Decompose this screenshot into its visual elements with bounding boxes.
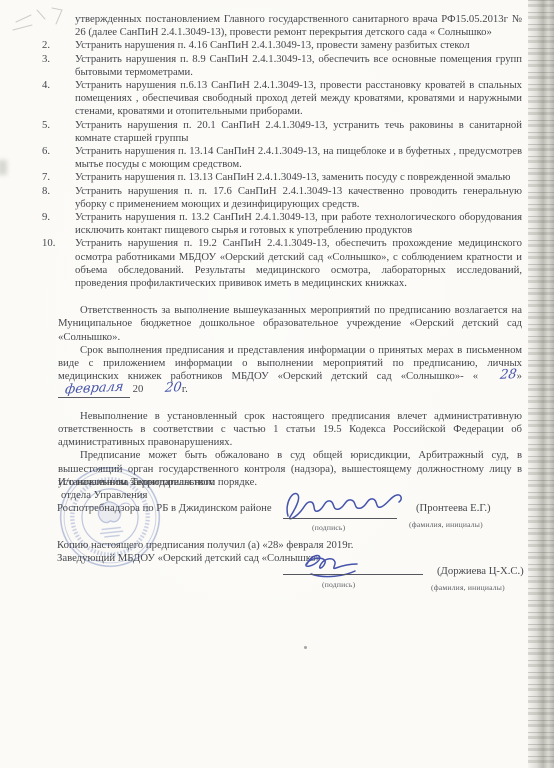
list-item-number: 7.	[40, 171, 75, 184]
list-item-number: 8.	[40, 185, 75, 211]
official-signature-caption: (подпись)	[312, 521, 345, 534]
paragraph-responsibility: Ответственность за выполнение вышеуказан…	[58, 304, 522, 344]
official-signature-line	[283, 518, 397, 519]
list-item-text: Устранить нарушения п.6.13 СанПиН 2.4.1.…	[75, 79, 522, 119]
scanned-document-page: утвержденных постановлением Главного гос…	[0, 0, 554, 768]
list-item-number: 6.	[40, 145, 75, 171]
list-item-text: Устранить нарушения п. 19.2 СанПиН 2.4.1…	[75, 237, 522, 290]
deadline-suffix: г.	[182, 383, 188, 395]
receipt-signature-line	[283, 574, 423, 575]
receipt-name-caption: (фамилия, инициалы)	[431, 581, 505, 594]
list-item: 9. Устранить нарушения п. 13.2 СанПиН 2.…	[40, 211, 522, 237]
handwritten-day: 28	[478, 375, 516, 377]
list-item: 8. Устранить нарушения п. п. 17.6 СанПиН…	[40, 185, 522, 211]
list-item-number: 9.	[40, 211, 75, 237]
list-item-number: 3.	[40, 53, 75, 79]
intro-continuation: утвержденных постановлением Главного гос…	[75, 13, 522, 39]
deadline-year-printed: 20	[130, 383, 143, 395]
handwritten-year: 20	[143, 388, 181, 390]
scan-edge-stripe	[528, 0, 554, 768]
receipt-line2: Заведующий МБДОУ «Оерский детский сад «С…	[57, 552, 321, 565]
list-item-text: Устранить нарушения п. 4.16 СанПиН 2.4.1…	[75, 39, 522, 52]
list-item-number: 2.	[40, 39, 75, 52]
list-item-text: Устранить нарушения п. 13.13 СанПиН 2.4.…	[75, 171, 522, 184]
paragraph-liability: Невыполнение в установленный срок настоя…	[58, 410, 522, 450]
official-name-caption: (фамилия, инициалы)	[409, 518, 483, 531]
list-item-number: 4.	[40, 79, 75, 119]
list-item-text: Устранить нарушения п. 13.14 СанПиН 2.4.…	[75, 145, 522, 171]
receipt-name: (Доржиева Ц-Х.С.)	[437, 565, 524, 578]
list-item: 2. Устранить нарушения п. 4.16 СанПиН 2.…	[40, 39, 522, 52]
receipt-signature	[293, 551, 393, 581]
scan-smudge	[0, 160, 7, 175]
list-item: 3. Устранить нарушения п. 8.9 СанПиН 2.4…	[40, 53, 522, 79]
list-item: 7. Устранить нарушения п. 13.13 СанПиН 2…	[40, 171, 522, 184]
list-item-text: Устранить нарушения п. п. 17.6 СанПиН 2.…	[75, 185, 522, 211]
date-blank-line: февраля	[58, 383, 130, 397]
list-item: 6. Устранить нарушения п. 13.14 СанПиН 2…	[40, 145, 522, 171]
list-item: 5. Устранить нарушения п. 20.1 СанПиН 2.…	[40, 119, 522, 145]
official-position-line3: Роспотребнадзора по РБ в Джидинском райо…	[57, 502, 272, 515]
list-item: 4. Устранить нарушения п.6.13 СанПиН 2.4…	[40, 79, 522, 119]
deadline-text: Срок выполнения предписания и представле…	[58, 344, 522, 382]
official-name: (Пронтеева Е.Г.)	[416, 502, 491, 515]
list-item-text: Устранить нарушения п. 8.9 СанПиН 2.4.1.…	[75, 53, 522, 79]
list-item-number: 10.	[40, 237, 75, 290]
paragraph-deadline: Срок выполнения предписания и представле…	[58, 344, 522, 398]
receipt-signature-caption: (подпись)	[322, 578, 355, 591]
list-item-text: Устранить нарушения п. 13.2 СанПиН 2.4.1…	[75, 211, 522, 237]
deadline-quote: »	[517, 370, 522, 382]
official-position-line1: И/о начальника Территориального	[58, 476, 215, 489]
official-position-line2: отдела Управления	[61, 489, 147, 502]
document-body: утвержденных постановлением Главного гос…	[40, 13, 522, 489]
list-item: 10. Устранить нарушения п. 19.2 СанПиН 2…	[40, 237, 522, 290]
list-item-number: 5.	[40, 119, 75, 145]
handwritten-month: февраля	[65, 388, 123, 391]
scan-speck	[304, 646, 307, 649]
list-item-text: Устранить нарушения п. 20.1 СанПиН 2.4.1…	[75, 119, 522, 145]
